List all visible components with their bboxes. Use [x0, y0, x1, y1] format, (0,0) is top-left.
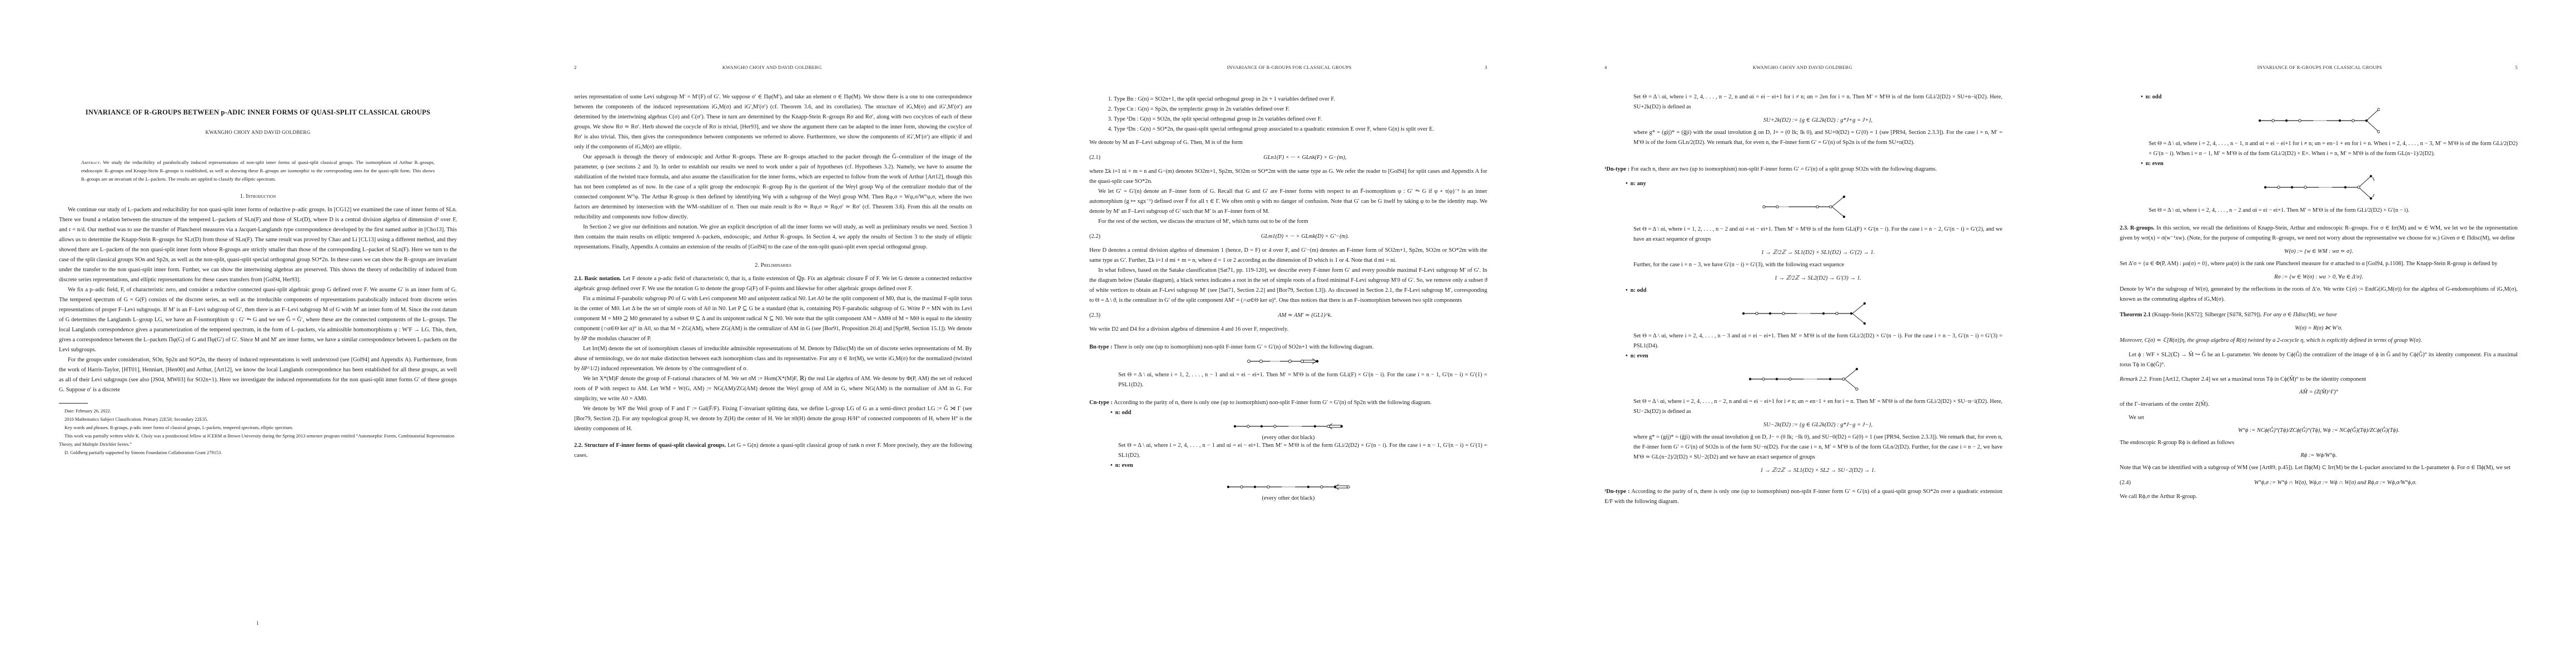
- case-n-even: n: even: [1626, 351, 2002, 361]
- page-5: INVARIANCE OF R-GROUPS FOR CLASSICAL GRO…: [2061, 0, 2576, 667]
- paragraph: Our approach is through the theory of en…: [574, 152, 972, 222]
- equation-number: (2.3): [1089, 312, 1123, 318]
- case-n-any: n: any: [1626, 179, 2002, 189]
- subsection-2-2: 2.2. Structure of F-inner forms of quasi…: [574, 441, 972, 461]
- abstract-text: We study the reducibility of parabolical…: [81, 160, 435, 182]
- satake-diagram-cn-odd: [1233, 422, 1344, 430]
- satake-diagram-2dn-odd: [2258, 107, 2380, 135]
- paragraph: Set Δ′σ = {α ∈ Φ(P, AM) : μα(σ) = 0}, wh…: [2120, 259, 2518, 269]
- abstract: Abstract. We study the reducibility of p…: [81, 158, 435, 183]
- page-number: 3: [1484, 64, 1487, 70]
- paragraph: Set Θ = Δ \ αi, where i = 2, 4, . . . , …: [1633, 331, 2002, 351]
- page-3-content: Type Bn : G(n) = SO2n+1, the split speci…: [1089, 92, 1487, 501]
- paragraph: For the groups under consideration, SOn,…: [59, 355, 457, 395]
- set-block: Set Θ = Δ \ αi, where i = 2, 4, . . . , …: [1605, 397, 2002, 474]
- section-heading-preliminaries: 2. Preliminaries: [574, 262, 972, 268]
- type-cn: Type Cn : G(n) = Sp2n, the symplectic gr…: [1114, 104, 1487, 115]
- paragraph: We denote by WF the Weil group of F and …: [574, 404, 972, 434]
- equation-w-phi: W°ϕ := NCϕ(Ĝ)°(Tϕ)/ZCϕ(Ĝ)°(Tϕ), Wϕ := NC…: [2120, 427, 2518, 434]
- bn-type-paragraph: Bn-type : There is only one (up to isomo…: [1089, 342, 1487, 352]
- paragraph: Here D denotes a central division algebr…: [1089, 246, 1487, 266]
- equation-number: (2.4): [2120, 480, 2153, 486]
- paragraph: Let F denote a p-adic field of character…: [574, 276, 972, 292]
- 2dn-type-label: ²Dn-type :: [1605, 489, 1630, 495]
- satake-diagram-1dn-any: [1762, 193, 1845, 220]
- paragraph: We let G′ = G′(n) denote an F–inner form…: [1089, 187, 1487, 217]
- paragraph: For the rest of the section, we discuss …: [1089, 217, 1487, 227]
- paragraph: In Section 2 we give our definitions and…: [574, 222, 972, 252]
- theorem-continuation: Moreover, C(σ) ≃ ℂ[R(σ)]η, the group alg…: [2120, 336, 2518, 346]
- satake-diagram-cn-even: [1226, 483, 1351, 491]
- running-head-title: KWANGHO CHOIY AND DAVID GOLDBERG: [577, 64, 968, 70]
- satake-diagram-2dn-even: [2263, 173, 2374, 201]
- footnote-keywords: Key words and phrases. R-groups, p-adic …: [59, 424, 457, 432]
- paragraph: We write D2 and D4 for a division algebr…: [1089, 325, 1487, 335]
- paragraph: We denote by M an F–Levi subgroup of G. …: [1089, 138, 1487, 148]
- case-n-odd: n: odd: [2141, 92, 2518, 102]
- page-1: INVARIANCE OF R-GROUPS BETWEEN p-ADIC IN…: [0, 0, 515, 667]
- equation-2-3: (2.3) AM ≃ AM′ ≃ (GL1)^k.: [1089, 306, 1487, 325]
- paragraph: Set Θ = Δ \ αi, where i = 2, 4, . . . , …: [2149, 139, 2518, 159]
- equation-body: AM ≃ AM′ ≃ (GL1)^k.: [1123, 312, 1487, 318]
- running-head-title: INVARIANCE OF R-GROUPS FOR CLASSICAL GRO…: [2124, 64, 2515, 70]
- paragraph: Set Θ = Δ \ αi, where i = 2, 4, . . . , …: [1118, 441, 1487, 461]
- page-2-content: series representation of some Levi subgr…: [574, 92, 972, 461]
- cases-list: n: even: [2120, 159, 2518, 169]
- section-heading-introduction: 1. Introduction: [59, 193, 457, 200]
- set-block: Set Θ = Δ \ αi, where i = 2, 4, . . . , …: [1605, 331, 2002, 351]
- exact-sequence: 1 → ℤ/2ℤ → SL1(D2) × SL2 → SU−2(D2) → 1.: [1633, 467, 2002, 474]
- paper-title: INVARIANCE OF R-GROUPS BETWEEN p-ADIC IN…: [59, 107, 457, 118]
- remark-2-2: Remark 2.2. From [Art12, Chapter 2.4] we…: [2120, 375, 2518, 385]
- type-2dn: Type ²Dn : G(n) = SO*2n, the quasi-split…: [1114, 125, 1487, 135]
- set-block: Set Θ = Δ \ αi, where i = 1, 2, . . . , …: [1089, 370, 1487, 390]
- page-1-content: INVARIANCE OF R-GROUPS BETWEEN p-ADIC IN…: [59, 107, 457, 457]
- 1dn-type-label: ¹Dn-type :: [1605, 166, 1630, 172]
- case-n-odd: n: odd: [1110, 408, 1487, 418]
- equation-number: (2.1): [1089, 155, 1123, 161]
- cases-list: n: even: [1605, 351, 2002, 361]
- paragraph: Set Θ = Δ \ αi, where i = 1, 2, . . . , …: [1118, 370, 1487, 390]
- equation-theorem: W(σ) = R(σ) ⋉ W′σ.: [2120, 325, 2518, 331]
- equation-body: GLm1(D) × ··· × GLmk(D) × G′−(m).: [1123, 233, 1487, 240]
- diagram-caption: (every other dot black): [1089, 495, 1487, 501]
- paragraph: We continue our study of L–packets and r…: [59, 205, 457, 285]
- paragraph: We let X*(M)F denote the group of F-rati…: [574, 374, 972, 404]
- paragraph: where Σk i=1 ni + m = n and G−(m) denote…: [1089, 167, 1487, 187]
- paragraph: The endoscopic R-group Rϕ is defined as …: [2120, 438, 2518, 448]
- set-block: Set Θ = Δ \ αi, where i = 1, 2, . . . , …: [1605, 225, 2002, 281]
- subsection-2-3: 2.3. R-groups. In this section, we recal…: [2120, 223, 2518, 243]
- running-head: 2 KWANGHO CHOIY AND DAVID GOLDBERG: [574, 64, 972, 70]
- case-n-odd: n: odd: [1626, 286, 2002, 296]
- equation-r-sigma: Rσ := {w ∈ W(σ) : wα > 0, ∀α ∈ Δ′σ}.: [2120, 273, 2518, 280]
- running-head-title: KWANGHO CHOIY AND DAVID GOLDBERG: [1607, 64, 1998, 70]
- equation-su-plus: SU+2k(D2) := {g ∈ GL2k(D2) : g*J+g = J+}…: [1633, 117, 2002, 123]
- paragraph: We fix a p–adic field, F, of characteris…: [59, 285, 457, 355]
- paragraph: Set Θ = Δ \ αi, where i = 1, 2, . . . , …: [1633, 225, 2002, 245]
- paragraph: Set Θ = Δ \ αi, where i = 2, 4, . . . , …: [1633, 92, 2002, 112]
- page-4-content: Set Θ = Δ \ αi, where i = 2, 4, . . . , …: [1605, 92, 2002, 507]
- footnote-icerm: This work was partially written while K.…: [59, 432, 457, 449]
- equation-number: (2.2): [1089, 233, 1123, 240]
- set-block: Set Θ = Δ \ αi, where i = 2, 4, . . . , …: [2120, 139, 2518, 159]
- remark-label: Remark 2.2.: [2120, 376, 2148, 382]
- footnote-msc: 2010 Mathematics Subject Classification.…: [59, 415, 457, 424]
- subsection-2-1: 2.1. Basic notation. Let F denote a p-ad…: [574, 274, 972, 294]
- satake-diagram-1dn-even: [1748, 366, 1859, 392]
- page-4: 4 KWANGHO CHOIY AND DAVID GOLDBERG Set Θ…: [1546, 0, 2061, 667]
- theorem-citation: (Knapp-Stein [KS72]; Silberger [Sil78, S…: [2152, 312, 2261, 318]
- equation-body: GLn1(F) × ··· × GLnk(F) × G−(m),: [1123, 155, 1487, 161]
- subsection-label: 2.2. Structure of F-inner forms of quasi…: [574, 442, 726, 449]
- paragraph: Note that Wϕ can be identified with a su…: [2120, 463, 2518, 473]
- 1dn-type-paragraph: ¹Dn-type : For each n, there are two (up…: [1605, 165, 2002, 175]
- set-block: Set Θ = Δ \ αi, where i = 2, 4, . . . , …: [2120, 206, 2518, 216]
- exact-sequence: 1 → ℤ/2ℤ → SL1(D2) × SL1(D2) → G′(2) → 1…: [1633, 249, 2002, 256]
- running-head-title: INVARIANCE OF R-GROUPS FOR CLASSICAL GRO…: [1094, 64, 1484, 70]
- satake-diagram-1dn-odd: [1741, 300, 1866, 327]
- equation-2-4: (2.4) W°ϕ,σ := W°ϕ ∩ W(σ), Wϕ,σ := Wϕ ∩ …: [2120, 473, 2518, 492]
- equation-su-minus: SU−2k(D2) := {g ∈ GL2k(D2) : g*J−g = J−}…: [1633, 421, 2002, 428]
- paragraph: Let ϕ : WF × SL2(ℂ) → M̂ ↪ Ĝ be an L-par…: [2120, 350, 2518, 370]
- cn-type-label: Cn-type :: [1089, 400, 1113, 406]
- cases-list: n: odd: [1089, 408, 1487, 418]
- paper-authors: KWANGHO CHOIY AND DAVID GOLDBERG: [59, 130, 457, 135]
- paragraph: Let Irr(M) denote the set of isomorphism…: [574, 344, 972, 374]
- equation-w-sigma: W(σ) := {w ∈ WM : wσ ≃ σ}.: [2120, 248, 2518, 255]
- cn-type-paragraph: Cn-type : According to the parity of n, …: [1089, 398, 1487, 408]
- set-block: Set Θ = Δ \ αi, where i = 2, 4, . . . , …: [1605, 92, 2002, 148]
- running-head: 4 KWANGHO CHOIY AND DAVID GOLDBERG: [1605, 64, 2002, 70]
- abstract-label: Abstract.: [81, 160, 101, 165]
- case-n-even: n: even: [2141, 159, 2518, 169]
- theorem-2-1: Theorem 2.1 (Knapp-Stein [KS72]; Silberg…: [2120, 310, 2518, 320]
- type-bn: Type Bn : G(n) = SO2n+1, the split speci…: [1114, 94, 1487, 104]
- paragraph: Set Θ = Δ \ αi, where i = 2, 4, . . . , …: [2149, 206, 2518, 216]
- case-n-even: n: even: [1110, 461, 1487, 471]
- paragraph: series representation of some Levi subgr…: [574, 92, 972, 152]
- group-types-list: Type Bn : G(n) = SO2n+1, the split speci…: [1089, 94, 1487, 135]
- page-2: 2 KWANGHO CHOIY AND DAVID GOLDBERG serie…: [515, 0, 1030, 667]
- running-head: INVARIANCE OF R-GROUPS FOR CLASSICAL GRO…: [2120, 64, 2518, 70]
- set-block: Set Θ = Δ \ αi, where i = 2, 4, . . . , …: [1089, 441, 1487, 461]
- paragraph: Set Θ = Δ \ αi, where i = 2, 4, . . . , …: [1633, 397, 2002, 417]
- cases-list: n: odd: [2120, 92, 2518, 102]
- footnote-date: Date: February 26, 2022.: [59, 407, 457, 415]
- paragraph: We set: [2120, 413, 2518, 423]
- theorem-text: For any σ ∈ Πdisc(M), we have: [2263, 312, 2337, 318]
- page-number: 1: [0, 620, 515, 626]
- bn-type-label: Bn-type :: [1089, 344, 1112, 350]
- page-5-content: n: odd Set Θ = Δ \ αi, where i = 2, 4, .…: [2120, 92, 2518, 502]
- paragraph: where g* = (gij)* = (ḡji) with the usual…: [1633, 432, 2002, 462]
- equation-r-phi: Rϕ := Wϕ/W°ϕ.: [2120, 452, 2518, 459]
- subsection-label: 2.3. R-groups.: [2120, 225, 2155, 231]
- equation-a-mhat: AM̂ = (Z(M̂)^Γ)°: [2120, 389, 2518, 395]
- footnote-rule: [59, 403, 88, 404]
- page-number: 5: [2515, 64, 2518, 70]
- paragraph: Further, for the case i = n − 3, we have…: [1633, 260, 2002, 270]
- footnote-grant: D. Goldberg partially supported by Simon…: [59, 449, 457, 457]
- subsection-label: 2.1. Basic notation.: [574, 276, 621, 282]
- cases-list: n: any: [1605, 179, 2002, 189]
- 2dn-type-paragraph: ²Dn-type : According to the parity of n,…: [1605, 487, 2002, 507]
- equation-body: W°ϕ,σ := W°ϕ ∩ W(σ), Wϕ,σ := Wϕ ∩ W(σ) a…: [2153, 480, 2518, 486]
- type-1dn: Type ¹Dn : G(n) = SO2n, the split specia…: [1114, 115, 1487, 125]
- theorem-label: Theorem 2.1: [2120, 312, 2151, 318]
- diagram-caption: (every other dot black): [1089, 435, 1487, 441]
- paragraph: Fix a minimal F-parabolic subgroup P0 of…: [574, 294, 972, 344]
- satake-diagram-bn: [1247, 357, 1330, 366]
- cases-list: n: odd: [1605, 286, 2002, 296]
- equation-2-2: (2.2) GLm1(D) × ··· × GLmk(D) × G′−(m).: [1089, 227, 1487, 246]
- page-3: INVARIANCE OF R-GROUPS FOR CLASSICAL GRO…: [1030, 0, 1546, 667]
- paragraph: where g* = (gij)* = (ḡji) with the usual…: [1633, 128, 2002, 148]
- paragraph: We call Rϕ,σ the Arthur R-group.: [2120, 492, 2518, 502]
- paragraph: of the Γ–invariants of the center Z(M̂).: [2120, 400, 2518, 410]
- paragraph: In what follows, based on the Satake cla…: [1089, 266, 1487, 306]
- cases-list: n: even: [1089, 461, 1487, 471]
- paragraph: Denote by W′σ the subgroup of W(σ), gene…: [2120, 285, 2518, 305]
- exact-sequence: 1 → ℤ/2ℤ → SL2(D2) → G′(3) → 1.: [1633, 275, 2002, 281]
- running-head: INVARIANCE OF R-GROUPS FOR CLASSICAL GRO…: [1089, 64, 1487, 70]
- equation-2-1: (2.1) GLn1(F) × ··· × GLnk(F) × G−(m),: [1089, 148, 1487, 167]
